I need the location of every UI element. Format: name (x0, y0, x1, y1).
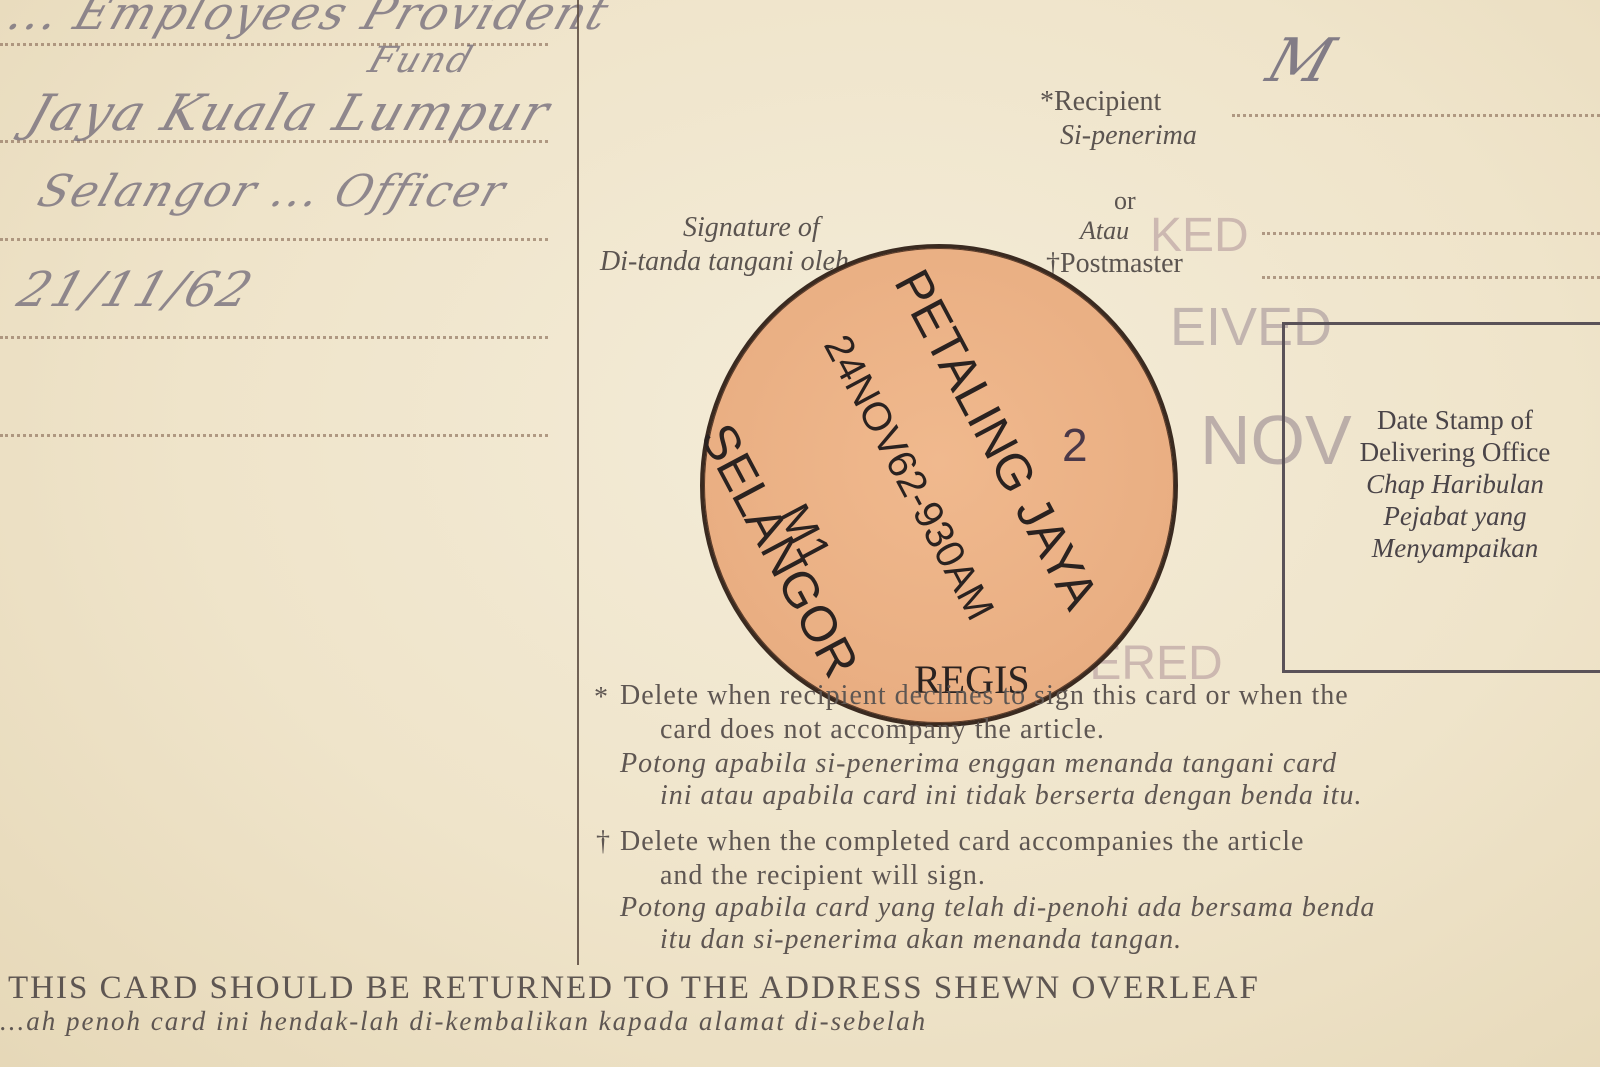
address-line-3 (0, 238, 548, 241)
note-2-ms-1: Potong apabila card yang telah di-penohi… (620, 892, 1375, 924)
date-stamp-label-2: Delivering Office (1310, 436, 1600, 468)
or-label-malay: Atau (1080, 216, 1129, 246)
note-1-ms-1: Potong apabila si-penerima enggan menand… (620, 748, 1337, 780)
footer-return-notice: THIS CARD SHOULD BE RETURNED TO THE ADDR… (8, 970, 1260, 1007)
postmaster-signature-line (1262, 276, 1600, 279)
note-1-marker: * (594, 682, 609, 714)
card-divider (577, 0, 579, 965)
recipient-signature-line (1232, 114, 1600, 117)
recipient-label: *Recipient (1040, 86, 1161, 118)
signature-of-label-malay: Di-tanda tangani oleh (600, 246, 849, 278)
note-1-en-1: Delete when recipient declines to sign t… (620, 680, 1349, 712)
date-stamp-label-3: Chap Haribulan (1310, 468, 1600, 500)
note-2-ms-2: itu dan si-penerima akan menanda tangan. (660, 924, 1182, 956)
handwriting-line-2: Fund (363, 40, 479, 81)
postmark-number: 2 (1062, 418, 1088, 472)
footer-return-notice-malay: ...ah penoh card ini hendak-lah di-kemba… (0, 1006, 927, 1037)
date-stamp-label-5: Menyampaikan (1310, 532, 1600, 564)
date-stamp-label-1: Date Stamp of (1310, 404, 1600, 436)
recipient-label-malay: Si-penerima (1060, 120, 1197, 152)
note-1-ms-2: ini atau apabila card ini tidak berserta… (660, 780, 1362, 812)
ghost-stamp-ked: KED (1150, 208, 1249, 263)
handwriting-line-4: Selangor ... Officer (32, 166, 513, 217)
note-2-en-2: and the recipient will sign. (660, 860, 986, 892)
handwriting-line-1: ... Employees Provident (1, 0, 617, 40)
note-2-marker: † (596, 826, 611, 858)
note-1-en-2: card does not accompany the article. (660, 714, 1105, 746)
postmark-stamp: PETALING JAYA 24NOV62-930AM M1 SELANGOR … (700, 244, 1178, 727)
signature-of-label: Signature of (683, 212, 820, 244)
postmaster-upper-line (1262, 232, 1600, 235)
handwriting-date: 21/11/62 (11, 262, 261, 318)
or-label: or (1114, 186, 1136, 216)
note-2-en-1: Delete when the completed card accompani… (620, 826, 1304, 858)
date-stamp-label-4: Pejabat yang (1310, 500, 1600, 532)
address-line-4 (0, 336, 548, 339)
address-line-5 (0, 434, 548, 437)
handwriting-line-3: Jaya Kuala Lumpur (21, 84, 559, 142)
